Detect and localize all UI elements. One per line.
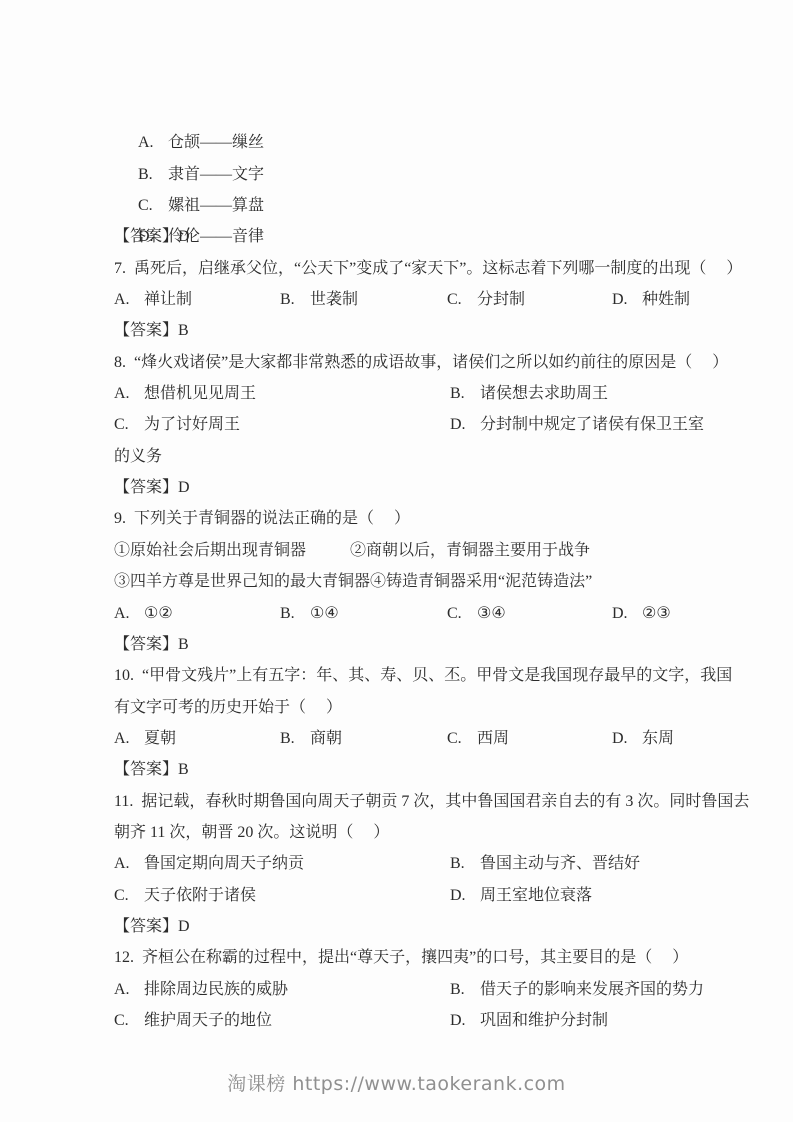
q8-answer: 【答案】D [114, 472, 694, 503]
q10-option-a: A.夏朝 [114, 723, 280, 754]
q12-option-d: D.巩固和维护分封制 [450, 1005, 694, 1036]
option-letter: A. [138, 127, 168, 158]
q7-option-c: C.分封制 [447, 284, 612, 315]
option-text: 排除周边民族的威胁 [144, 974, 288, 1005]
option-letter: A. [114, 848, 144, 879]
option-text: ③④ [477, 598, 506, 629]
q11-option-c: C.天子依附于诸侯 [114, 880, 450, 911]
option-text: 种姓制 [642, 284, 690, 315]
option-text: 嫘祖——算盘 [168, 190, 264, 221]
q12-option-a: A.排除周边民族的威胁 [114, 974, 450, 1005]
q12-stem: 12. 齐桓公在称霸的过程中，提出“尊天子，攘四夷”的口号，其主要目的是（ ） [114, 942, 694, 973]
q11-stem-line-1: 11. 据记载，春秋时期鲁国向周天子朝贡 7 次，其中鲁国国君亲自去的有 3 次… [114, 786, 694, 817]
option-letter: A. [114, 284, 144, 315]
exam-document-page: A.仓颉——缫丝 B.隶首——文字 C.嫘祖——算盘 D.伶伦——音律 【答案】… [0, 0, 793, 1122]
q7-answer: 【答案】B [114, 315, 694, 346]
option-text: 想借机见见周王 [144, 378, 256, 409]
q9-statement-1: ①原始社会后期出现青铜器 [114, 535, 350, 566]
option-letter: A. [114, 974, 144, 1005]
q6-option-a-row: A.仓颉——缫丝 [114, 96, 694, 127]
q12-options-row-2: C.维护周天子的地位 D.巩固和维护分封制 [114, 1005, 694, 1036]
option-text: 隶首——文字 [168, 159, 264, 190]
q6-option-c: C.嫘祖——算盘 [138, 190, 264, 221]
q8-options-row-1: A.想借机见见周王 B.诸侯想去求助周王 [114, 378, 694, 409]
q12-options-row-1: A.排除周边民族的威胁 B.借天子的影响来发展齐国的势力 [114, 974, 694, 1005]
q7-option-b: B.世袭制 [280, 284, 447, 315]
option-letter: D. [612, 598, 642, 629]
q7-options-row: A.禅让制 B.世袭制 C.分封制 D.种姓制 [114, 284, 694, 315]
option-text: ①④ [310, 598, 339, 629]
option-letter: B. [138, 159, 168, 190]
q10-option-d: D.东周 [612, 723, 694, 754]
q8-option-b: B.诸侯想去求助周王 [450, 378, 694, 409]
q8-stem: 8. “烽火戏诸侯”是大家都非常熟悉的成语故事，诸侯们之所以如约前往的原因是（ … [114, 347, 694, 378]
q10-options-row: A.夏朝 B.商朝 C.西周 D.东周 [114, 723, 694, 754]
option-text: 天子依附于诸侯 [144, 880, 256, 911]
option-letter: C. [138, 190, 168, 221]
option-letter: D. [450, 1005, 480, 1036]
q8-options-row-2: C.为了讨好周王 D.分封制中规定了诸侯有保卫王室 [114, 409, 694, 440]
q11-option-a: A.鲁国定期向周天子纳贡 [114, 848, 450, 879]
q10-stem-line-2: 有文字可考的历史开始于（ ） [114, 692, 694, 723]
q10-option-c: C.西周 [447, 723, 612, 754]
q12-option-c: C.维护周天子的地位 [114, 1005, 450, 1036]
option-text: 分封制 [477, 284, 525, 315]
option-letter: C. [447, 598, 477, 629]
q11-stem-line-2: 朝齐 11 次，朝晋 20 次。这说明（ ） [114, 817, 694, 848]
option-text: 分封制中规定了诸侯有保卫王室 [480, 409, 704, 440]
q9-statements-row-2: ③四羊方尊是世界己知的最大青铜器④铸造青铜器采用“泥范铸造法” [114, 566, 694, 597]
q11-option-d: D.周王室地位衰落 [450, 880, 694, 911]
option-text: 禅让制 [144, 284, 192, 315]
option-letter: A. [114, 378, 144, 409]
option-letter: A. [114, 598, 144, 629]
q10-option-b: B.商朝 [280, 723, 447, 754]
option-text: 为了讨好周王 [144, 409, 240, 440]
option-text: 借天子的影响来发展齐国的势力 [480, 974, 704, 1005]
option-text: 仓颉——缫丝 [168, 127, 264, 158]
q9-stem: 9. 下列关于青铜器的说法正确的是（ ） [114, 503, 694, 534]
option-text: 诸侯想去求助周王 [480, 378, 608, 409]
option-letter: B. [450, 848, 480, 879]
q8-option-c: C.为了讨好周王 [114, 409, 450, 440]
option-text: 夏朝 [144, 723, 176, 754]
option-letter: C. [114, 880, 144, 911]
option-letter: B. [280, 284, 310, 315]
option-letter: D. [612, 723, 642, 754]
q9-answer: 【答案】B [114, 629, 694, 660]
q11-option-b: B.鲁国主动与齐、晋结好 [450, 848, 694, 879]
q7-option-a: A.禅让制 [114, 284, 280, 315]
option-letter: C. [114, 409, 144, 440]
q8-option-d-continuation: 的义务 [114, 441, 694, 472]
option-text: 东周 [642, 723, 674, 754]
q11-options-row-1: A.鲁国定期向周天子纳贡 B.鲁国主动与齐、晋结好 [114, 848, 694, 879]
q8-option-a: A.想借机见见周王 [114, 378, 450, 409]
q9-option-a: A.①② [114, 598, 280, 629]
option-text: 维护周天子的地位 [144, 1005, 272, 1036]
option-text: 鲁国定期向周天子纳贡 [144, 848, 304, 879]
q6-option-b: B.隶首——文字 [138, 159, 264, 190]
option-text: 西周 [477, 723, 509, 754]
option-letter: A. [114, 723, 144, 754]
option-letter: B. [280, 723, 310, 754]
q6-option-a: A.仓颉——缫丝 [138, 127, 264, 158]
q9-statements-row-1: ①原始社会后期出现青铜器 ②商朝以后，青铜器主要用于战争 [114, 535, 694, 566]
option-text: ②③ [642, 598, 671, 629]
q12-option-b: B.借天子的影响来发展齐国的势力 [450, 974, 704, 1005]
option-letter: D. [450, 880, 480, 911]
option-text: 商朝 [310, 723, 342, 754]
q11-answer: 【答案】D [114, 911, 694, 942]
q9-option-c: C.③④ [447, 598, 612, 629]
option-text: 世袭制 [310, 284, 358, 315]
option-letter: B. [450, 974, 480, 1005]
q11-options-row-2: C.天子依附于诸侯 D.周王室地位衰落 [114, 880, 694, 911]
option-text: 鲁国主动与齐、晋结好 [480, 848, 640, 879]
q9-option-d: D.②③ [612, 598, 694, 629]
option-letter: C. [447, 723, 477, 754]
q7-stem: 7. 禹死后，启继承父位，“公天下”变成了“家天下”。这标志着下列哪一制度的出现… [114, 253, 694, 284]
option-text: ①② [144, 598, 173, 629]
exam-content: A.仓颉——缫丝 B.隶首——文字 C.嫘祖——算盘 D.伶伦——音律 【答案】… [114, 96, 694, 1036]
option-text: 周王室地位衰落 [480, 880, 592, 911]
option-text: 巩固和维护分封制 [480, 1005, 608, 1036]
option-letter: B. [280, 598, 310, 629]
watermark-footer: 淘课榜 https://www.taokerank.com [0, 1069, 793, 1096]
q7-option-d: D.种姓制 [612, 284, 694, 315]
q10-stem-line-1: 10. “甲骨文残片”上有五字：年、其、寿、贝、丕。甲骨文是我国现存最早的文字，… [114, 660, 694, 691]
q9-option-b: B.①④ [280, 598, 447, 629]
q10-answer: 【答案】B [114, 754, 694, 785]
option-letter: D. [450, 409, 480, 440]
option-letter: D. [612, 284, 642, 315]
option-letter: B. [450, 378, 480, 409]
q9-options-row: A.①② B.①④ C.③④ D.②③ [114, 598, 694, 629]
q9-statement-2: ②商朝以后，青铜器主要用于战争 [350, 535, 694, 566]
option-letter: C. [114, 1005, 144, 1036]
q8-option-d: D.分封制中规定了诸侯有保卫王室 [450, 409, 704, 440]
option-letter: C. [447, 284, 477, 315]
